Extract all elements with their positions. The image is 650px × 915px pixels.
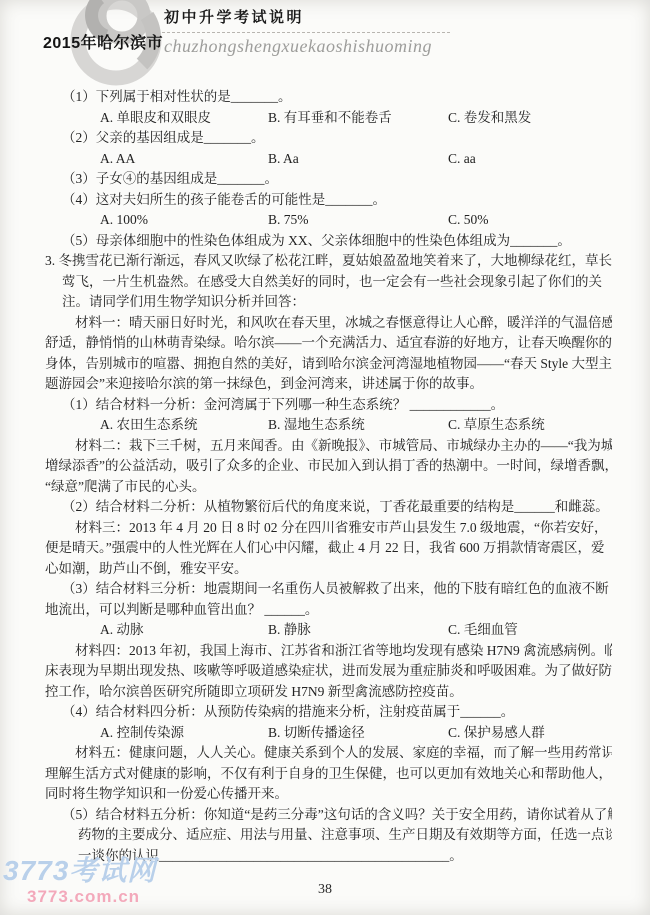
text-line: （2）结合材料二分析：从植物繁衍后代的角度来说，丁香花最重要的结构是______…: [45, 497, 612, 518]
text-line: 材料一：晴天丽日好时光，和风吹在春天里，冰城之春惬意得让人心醉，暖洋洋的气温倍感: [45, 313, 612, 334]
options-row: A. 单眼皮和双眼皮B. 有耳垂和不能卷舌C. 卷发和黑发: [45, 108, 612, 129]
option-b: B. 静脉: [268, 620, 448, 641]
options-row: A. 100%B. 75%C. 50%: [45, 210, 612, 231]
text-line: 便是晴天。”强震中的人性光辉在人们心中闪耀，截止 4 月 22 日，我省 600…: [45, 538, 612, 559]
option-b: B. Aa: [268, 149, 448, 170]
text-line: 药物的主要成分、适应症、用法与用量、注意事项、生产日期及有效期等方面，任选一点谈: [45, 825, 612, 846]
text-line: （2）父亲的基因组成是_______。: [45, 128, 612, 149]
option-a: A. 单眼皮和双眼皮: [100, 108, 268, 129]
option-c: C. 50%: [448, 210, 612, 231]
text-line: 理解生活方式对健康的影响，不仅有利于自身的卫生保健，也可以更加有效地关心和帮助他…: [45, 764, 612, 785]
text-line: （1）结合材料一分析：金河湾属于下列哪一种生态系统？ ____________。: [45, 395, 612, 416]
text-line: 材料五：健康问题，人人关心。健康关系到个人的发展、家庭的幸福，而了解一些用药常识…: [45, 743, 612, 764]
text-line: （1）下列属于相对性状的是_______。: [45, 87, 612, 108]
text-line: 地流出，可以判断是哪种血管出血？ ______。: [45, 600, 612, 621]
options-row: A. 农田生态系统B. 湿地生态系统C. 草原生态系统: [45, 415, 612, 436]
option-a: A. 动脉: [100, 620, 268, 641]
option-b: B. 切断传播途径: [268, 723, 448, 744]
option-b: B. 湿地生态系统: [268, 415, 448, 436]
option-b: B. 有耳垂和不能卷舌: [268, 108, 448, 129]
options-row: A. 控制传染源B. 切断传播途径C. 保护易感人群: [45, 723, 612, 744]
text-line: “绿意”爬满了市民的心头。: [45, 477, 612, 498]
text-line: 身体，告别城市的喧嚣、拥抱自然的美好，请到哈尔滨金河湾湿地植物园——“春天 St…: [45, 354, 612, 375]
text-line: （5）结合材料五分析：你知道“是药三分毒”这句话的含义吗？关于安全用药，请你试着…: [45, 805, 612, 826]
option-b: B. 75%: [268, 210, 448, 231]
edition-year-city: 2015年哈尔滨市: [43, 30, 163, 53]
text-line: 材料二：栽下三千树，五月来闻香。由《新晚报》、市城管局、市城绿办主办的——“我为…: [45, 436, 612, 457]
options-row: A. 动脉B. 静脉C. 毛细血管: [45, 620, 612, 641]
title-pinyin: chuzhongshengxuekaoshishuoming: [164, 36, 432, 57]
text-line: 控工作，哈尔滨兽医研究所随即立项研发 H7N9 新型禽流感防控疫苗。: [45, 682, 612, 703]
page-number: 38: [0, 882, 650, 898]
option-a: A. 控制传染源: [100, 723, 268, 744]
text-line: 增绿添香”的公益活动，吸引了众多的企业、市民加入到认捐丁香的热潮中。一时间，绿增…: [45, 456, 612, 477]
text-line: （3）子女④的基因组成是_______。: [45, 169, 612, 190]
option-a: A. AA: [100, 149, 268, 170]
option-a: A. 100%: [100, 210, 268, 231]
document-title: 初中升学考试说明: [164, 6, 304, 27]
text-line: （5）母亲体细胞中的性染色体组成为 XX、父亲体细胞中的性染色体组成为_____…: [45, 231, 612, 252]
text-line: 心如潮，助芦山不倒，雅安平安。: [45, 559, 612, 580]
option-a: A. 农田生态系统: [100, 415, 268, 436]
option-c: C. 保护易感人群: [448, 723, 612, 744]
text-line: （4）这对夫妇所生的孩子能卷舌的可能性是_______。: [45, 190, 612, 211]
text-line: 莺飞，一片生机盎然。在感受大自然美好的同时，也一定会有一些社会现象引起了你们的关: [45, 272, 612, 293]
options-row: A. AAB. AaC. aa: [45, 149, 612, 170]
text-line: 材料四：2013 年初，我国上海市、江苏省和浙江省等地均发现有感染 H7N9 禽…: [45, 641, 612, 662]
text-line: 材料三：2013 年 4 月 20 日 8 时 02 分在四川省雅安市芦山县发生…: [45, 518, 612, 539]
option-c: C. 草原生态系统: [448, 415, 612, 436]
text-line: 3. 冬携雪花已渐行渐远，春风又吹绿了松花江畔，夏姑娘盈盈地笑着来了，大地柳绿花…: [45, 251, 612, 272]
text-line: 注。请同学们用生物学知识分析并回答：: [45, 292, 612, 313]
option-c: C. 毛细血管: [448, 620, 612, 641]
text-line: （3）结合材料三分析：地震期间一名重伤人员被解救了出来，他的下肢有暗红色的血液不…: [45, 579, 612, 600]
text-line: 舒适，静悄悄的山林萌青染绿。哈尔滨——一个充满活力、适宜春游的好地方，让春天唤醒…: [45, 333, 612, 354]
text-line: （4）结合材料四分析：从预防传染病的措施来分析，注射疫苗属于______。: [45, 702, 612, 723]
text-line: 床表现为早期出现发热、咳嗽等呼吸道感染症状，进而发展为重症肺炎和呼吸困难。为了做…: [45, 661, 612, 682]
option-c: C. aa: [448, 149, 612, 170]
text-line: 同时将生物学知识和一份爱心传播开来。: [45, 784, 612, 805]
body-lines: （1）下列属于相对性状的是_______。A. 单眼皮和双眼皮B. 有耳垂和不能…: [45, 87, 612, 866]
option-c: C. 卷发和黑发: [448, 108, 612, 129]
text-line: 题游园会”来迎接哈尔滨的第一抹绿色，到金河湾来，讲述属于你的故事。: [45, 374, 612, 395]
title-divider: [162, 32, 450, 33]
exam-page: 2015年哈尔滨市 初中升学考试说明 chuzhongshengxuekaosh…: [0, 0, 650, 915]
